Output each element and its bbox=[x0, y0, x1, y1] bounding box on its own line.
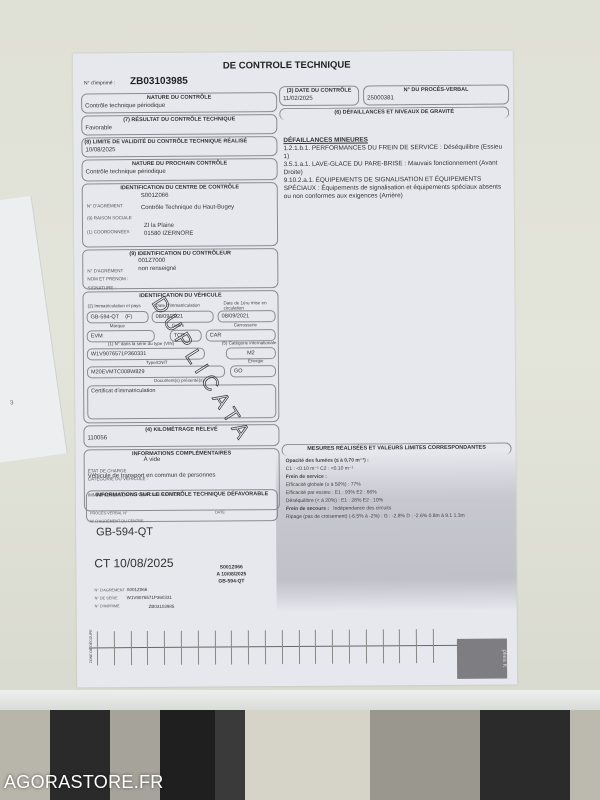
defaillance-item: 9.10.2.a.1. ÉQUIPEMENTS DE SIGNALISATION… bbox=[284, 176, 509, 202]
immat-label: (2) Immatriculation et pays bbox=[88, 303, 141, 308]
footer-ct-date: CT 10/08/2025 bbox=[94, 556, 173, 571]
ruler-tick bbox=[349, 630, 350, 664]
carrosserie-label: Carrosserie bbox=[234, 322, 257, 327]
controleur-box: (9) IDENTIFICATION DU CONTRÔLEUR N° D'AG… bbox=[82, 248, 278, 289]
centre-box: IDENTIFICATION DU CENTRE DE CONTRÔLE N° … bbox=[82, 182, 278, 247]
footer-agrement-value: S001Z066 bbox=[127, 587, 148, 592]
proces-verbal-box: N° DU PROCÈS-VERBAL 25000381 bbox=[363, 84, 509, 105]
ruler-tick bbox=[416, 629, 417, 663]
ruler-tick bbox=[433, 629, 434, 663]
ruler-tick bbox=[97, 631, 98, 665]
centre-coord-label: (1) COORDONNÉES bbox=[87, 229, 130, 234]
date-controle-box: (3) DATE DU CONTRÔLE 11/02/2025 bbox=[279, 86, 359, 107]
defavorable-header: INFORMATIONS SUR LE CONTRÔLE TECHNIQUE D… bbox=[87, 490, 277, 499]
footer-serie-value: W1V9076571P360331 bbox=[127, 595, 172, 600]
complementaires-header: INFORMATIONS COMPLÉMENTAIRES bbox=[85, 449, 279, 458]
vehicule-header: IDENTIFICATION DU VÉHICULE bbox=[83, 291, 277, 300]
immat-value: GB-594-QT bbox=[91, 314, 119, 320]
mesures-list: Opacité des fumées (≤ à 0,70 m⁻¹) : C1 :… bbox=[286, 455, 511, 521]
date-controle-header: (3) DATE DU CONTRÔLE bbox=[280, 87, 358, 96]
ruler-tick bbox=[214, 631, 215, 665]
controleur-nom-value: non renseigné bbox=[135, 265, 176, 274]
prochain-box: NATURE DU PROCHAIN CONTRÔLE Contrôle tec… bbox=[82, 158, 278, 181]
defaillances-header-box: (6) DÉFAILLANCES ET NIVEAUX DE GRAVITÉ bbox=[279, 106, 509, 120]
ripage: Ripage (pas de croisement) (-6.5% à -2%)… bbox=[286, 511, 511, 521]
energie-label: Énergie bbox=[248, 358, 264, 363]
nature-value: Contrôle technique périodique bbox=[82, 101, 276, 111]
document-title: DE CONTROLE TECHNIQUE bbox=[223, 60, 351, 72]
categorie-label: (5) Catégorie internationale bbox=[222, 340, 277, 345]
ruler-tick bbox=[198, 631, 199, 665]
ruler-tick bbox=[315, 630, 316, 664]
resultat-box: (7) RÉSULTAT DU CONTRÔLE TECHNIQUE Favor… bbox=[81, 114, 277, 135]
defaillances-header: (6) DÉFAILLANCES ET NIVEAUX DE GRAVITÉ bbox=[280, 108, 508, 118]
defavorable-date-label: DATE bbox=[215, 510, 225, 514]
centre-coord-line2: 01580 IZERNORE bbox=[141, 230, 193, 239]
categorie-vehicule-value: Véhicule de transport en commun de perso… bbox=[85, 472, 216, 482]
immat-field: GB-594-QT (F) bbox=[87, 311, 149, 323]
centre-header: IDENTIFICATION DU CENTRE DE CONTRÔLE bbox=[83, 183, 277, 192]
imprime-number: ZB03103985 bbox=[130, 76, 188, 87]
ruler-tick bbox=[399, 629, 400, 663]
marque-label: Marque bbox=[110, 323, 125, 328]
ruler-tick bbox=[147, 631, 148, 665]
stamp-line3: GB-594-QT bbox=[216, 578, 246, 585]
prochain-value: Contrôle technique périodique bbox=[83, 167, 277, 177]
footer-imprime-value: ZB03103985 bbox=[149, 604, 175, 609]
date-circ-label: Date de 1ère mise en circulation bbox=[224, 300, 278, 310]
cut-zone-ruler: ZONE DE DÉCOUPE bbox=[89, 623, 489, 666]
resultat-value: Favorable bbox=[82, 123, 276, 133]
ruler-tick bbox=[164, 631, 165, 665]
controleur-signature-label: SIGNATURE : bbox=[87, 285, 115, 290]
documents-field: Certificat d'immatriculation bbox=[87, 384, 276, 419]
shelf-edge bbox=[0, 690, 600, 712]
centre-raison-value: Contrôle Technique du Haut-Bugey bbox=[138, 203, 234, 213]
gray-corner-block: plies K bbox=[457, 639, 507, 679]
footer-stamp: S001Z066 A 10/08/2025 GB-594-QT bbox=[216, 564, 246, 585]
frein-secours-value: Indépendance des circuits bbox=[333, 505, 391, 511]
imprime-label: N° d'imprimé : bbox=[84, 80, 115, 86]
controle-technique-certificate: DE CONTROLE TECHNIQUE N° d'imprimé : ZB0… bbox=[73, 50, 517, 687]
mesures-header: MESURES RÉALISÉES ET VALEURS LIMITES COR… bbox=[283, 443, 511, 453]
defavorable-box: INFORMATIONS SUR LE CONTRÔLE TECHNIQUE D… bbox=[86, 489, 278, 522]
defaillance-item: 3.5.1.a.1. LAVE-GLACE DU PARE-BRISE : Ma… bbox=[284, 160, 509, 178]
ruler-tick bbox=[298, 630, 299, 664]
ruler-tick bbox=[366, 630, 367, 664]
type-label: Type/CNIT bbox=[146, 360, 168, 365]
defaillances-list: DÉFAILLANCES MINEURES 1.2.1.b.1. PERFORM… bbox=[283, 136, 508, 202]
ruler-tick bbox=[265, 630, 266, 664]
footer-agrement-label: N° D'AGRÉMENT bbox=[95, 588, 125, 592]
complementaires-box: INFORMATIONS COMPLÉMENTAIRES ÉTAT DE CHA… bbox=[84, 448, 280, 511]
ruler-tick bbox=[181, 631, 182, 665]
ruler-tick bbox=[332, 630, 333, 664]
centre-agrement-value: S001Z066 bbox=[138, 192, 169, 201]
footer-serie-label: N° DE SÉRIE bbox=[95, 596, 118, 600]
ruler-tick bbox=[130, 631, 131, 665]
ruler-tick bbox=[382, 629, 383, 663]
defaillance-item: 1.2.1.b.1. PERFORMANCES DU FREIN DE SERV… bbox=[283, 144, 508, 162]
vin-label: (1) N° dans la série du type (VIN) bbox=[108, 341, 174, 346]
ruler-tick bbox=[248, 630, 249, 664]
mesures-header-box: MESURES RÉALISÉES ET VALEURS LIMITES COR… bbox=[282, 442, 512, 456]
footer-plate: GB-594-QT bbox=[96, 526, 153, 538]
site-watermark: AGORASTORE.FR bbox=[4, 772, 164, 793]
etat-value: À vide bbox=[141, 456, 161, 465]
date-circ-field: 08/09/2021 bbox=[218, 310, 276, 322]
footer-imprime-label: N° D'IMPRIMÉ bbox=[95, 604, 120, 608]
ruler-tick bbox=[282, 630, 283, 664]
energie-field: GO bbox=[230, 365, 276, 377]
pays-value: (F) bbox=[125, 314, 132, 320]
nature-box: NATURE DU CONTRÔLE Contrôle technique pé… bbox=[81, 92, 277, 113]
frein-secours-label: Frein de secours : bbox=[286, 506, 329, 512]
limite-box: (8) LIMITE DE VALIDITÉ DU CONTRÔLE TECHN… bbox=[81, 136, 277, 157]
ruler-tick bbox=[114, 631, 115, 665]
ruler-line bbox=[89, 645, 489, 649]
paper-fragment-text: 3 bbox=[10, 400, 14, 406]
limite-value: 10/08/2025 bbox=[82, 145, 276, 155]
ruler-tick bbox=[231, 630, 232, 664]
proces-verbal-value: 25000381 bbox=[364, 94, 508, 104]
defavorable-agrement-label: N° D'AGRÉMENT DU CENTRE bbox=[90, 519, 143, 523]
date-controle-value: 11/02/2025 bbox=[280, 95, 358, 105]
controleur-header: (9) IDENTIFICATION DU CONTRÔLEUR bbox=[83, 249, 277, 258]
ruler-label: ZONE DE DÉCOUPE bbox=[89, 629, 93, 663]
